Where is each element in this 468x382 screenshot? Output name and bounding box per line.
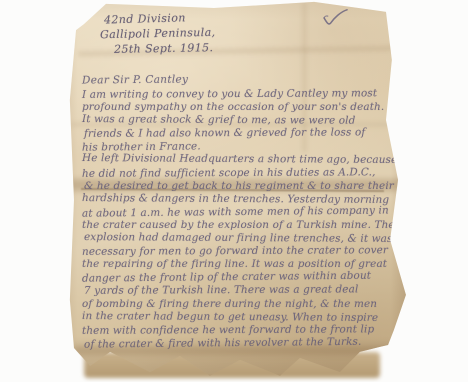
letter-line: & he desired to get back to his regiment… xyxy=(84,180,394,193)
letter-heading: 42nd Division Gallipoli Peninsula, 25th … xyxy=(100,12,216,55)
heading-date-line: 25th Sept. 1915. xyxy=(114,41,216,56)
letter-paper: 42nd Division Gallipoli Peninsula, 25th … xyxy=(64,0,408,382)
letter-line: in the crater had begun to get uneasy. W… xyxy=(82,310,394,325)
letter-salutation: Dear Sir P. Cantley xyxy=(82,74,188,87)
letter-line: he did not find sufficient scope in his … xyxy=(82,166,394,181)
heading-unit-line: 42nd Division xyxy=(104,10,216,26)
scan-background: 42nd Division Gallipoli Peninsula, 25th … xyxy=(0,0,468,382)
letter-line: of the crater & fired with his revolver … xyxy=(84,335,394,351)
letter-line: the crater caused by the explosion of a … xyxy=(82,219,394,232)
letter-line: necessary for men to go forward into the… xyxy=(82,244,394,259)
letter-line: of bombing & firing there during the nig… xyxy=(82,298,394,311)
heading-place-line: Gallipoli Peninsula, xyxy=(100,26,216,41)
checkmark-annotation xyxy=(318,5,351,34)
letter-line: He left Divisional Headquarters a short … xyxy=(82,153,394,168)
letter-line: 7 yards of the Turkish line. There was a… xyxy=(84,284,394,299)
letter-line: profound sympathy on the occasion of you… xyxy=(82,101,394,114)
letter-body: I am writing to convey to you & Lady Can… xyxy=(82,88,394,350)
letter-line: I am writing to convey to you & Lady Can… xyxy=(82,87,394,102)
